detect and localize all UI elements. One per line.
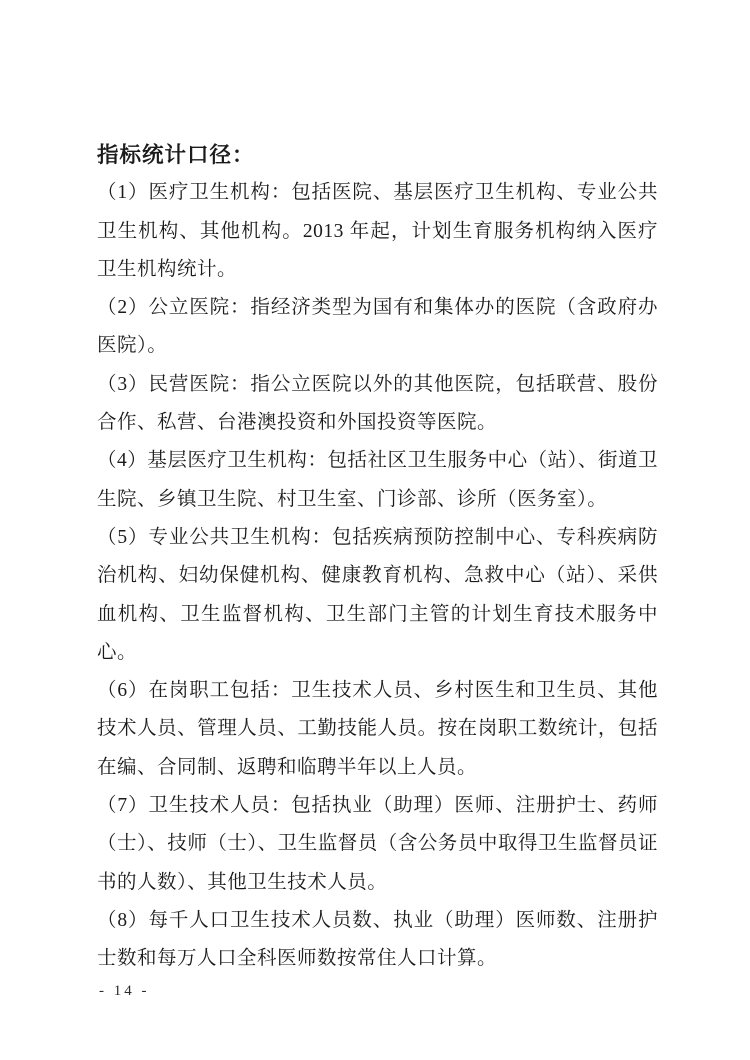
paragraph-6-staff-on-duty: （6）在岗职工包括：卫生技术人员、乡村医生和卫生员、其他技术人员、管理人员、工勤…: [97, 672, 658, 787]
paragraph-3-private-hospitals: （3）民营医院：指公立医院以外的其他医院，包括联营、股份合作、私营、台港澳投资和…: [97, 366, 658, 443]
section-heading: 指标统计口径：: [97, 136, 658, 174]
document-page: 指标统计口径： （1）医疗卫生机构：包括医院、基层医疗卫生机构、专业公共卫生机构…: [0, 0, 750, 1060]
paragraph-8-per-capita-calculation: （8）每千人口卫生技术人员数、执业（助理）医师数、注册护士数和每万人口全科医师数…: [97, 902, 658, 979]
paragraph-5-public-health-institutions: （5）专业公共卫生机构：包括疾病预防控制中心、专科疾病防治机构、妇幼保健机构、健…: [97, 519, 658, 672]
paragraph-1-medical-health-institutions: （1）医疗卫生机构：包括医院、基层医疗卫生机构、专业公共卫生机构、其他机构。20…: [97, 174, 658, 289]
paragraph-4-grassroots-institutions: （4）基层医疗卫生机构：包括社区卫生服务中心（站）、街道卫生院、乡镇卫生院、村卫…: [97, 442, 658, 519]
page-number: - 14 -: [99, 981, 150, 1001]
paragraph-2-public-hospitals: （2）公立医院：指经济类型为国有和集体办的医院（含政府办医院）。: [97, 289, 658, 366]
paragraph-7-health-technical-personnel: （7）卫生技术人员：包括执业（助理）医师、注册护士、药师（士）、技师（士）、卫生…: [97, 787, 658, 902]
